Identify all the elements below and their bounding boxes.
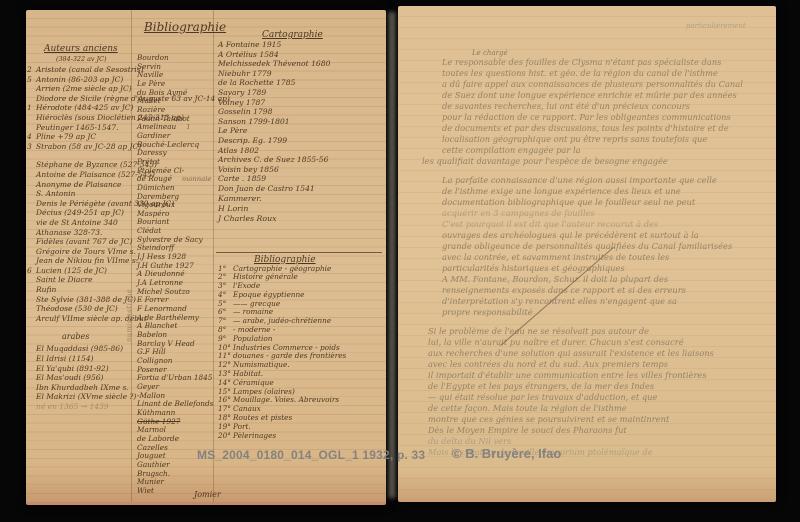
author-entry: Jean de Nikiou fin VIIme s. [30,256,130,266]
manuscript-line: de savantes recherches, lui ont été d'un… [442,101,772,112]
manuscript-line: pour la rédaction de ce rapport. Par les… [442,112,772,123]
manuscript-line: particularités historiques et géographiq… [442,263,772,274]
arab-authors-list: El Muqaddasi (985-86) El Idrisi (1154) E… [30,344,130,411]
line-text: pour la rédaction de ce rapport. Par les… [442,112,731,122]
topic-text: l'Exode [233,281,260,290]
entry-text: A Blanchet [137,321,177,330]
line-text: avec la contrée, et savamment instruites… [442,252,669,262]
section-divider-line [216,252,382,253]
entry-text: Descrip. Eg. 1799 [218,136,287,145]
line-text: du delta du Nil vers [428,436,511,446]
line-text: les qualifiait davantage pour l'espèce d… [422,156,668,166]
topic-text: Industries Commerce - poids [233,343,340,352]
manuscript-line: localisation géographique ont pu être re… [442,134,772,145]
modern-authors-list: Bourdon Servin Naville Le Père du Bois A… [137,54,215,495]
topic-text: Port. [233,422,251,431]
bibliography-topic: 20°Pèlerinages [218,432,384,441]
line-text: de l'Egypte et les pays étrangers, de la… [428,381,654,391]
right-page-scan: particulièrement Le chargé Le responsabl… [398,6,776,502]
line-text: de documents et par des discussions, tou… [442,123,729,133]
author-entry: 6Lucien (125 de JC) [30,266,130,276]
cartography-header: Cartographie [262,30,384,40]
topic-text: Population [233,334,272,343]
carto-entry: J Charles Roux [218,214,384,224]
aristotle-dates-note: (384-322 av JC) [56,55,130,63]
entry-text: Ibn Khurdadbeh IXme s. [36,383,129,392]
manuscript-line: ouvrages des archéologues qui le précédè… [442,230,772,241]
manuscript-line: de documents et par des discussions, tou… [442,123,772,134]
entry-text: -Mallon [137,391,165,400]
entry-text: Niebuhr 1779 [218,69,272,78]
modern-authors-column: Bourdon Servin Naville Le Père du Bois A… [137,54,215,495]
author-entry: Arculf VIIme siècle ap. début [30,314,130,324]
entry-text: Rozière [137,105,165,114]
entry-text: A Ortélius 1584 [218,50,279,59]
topic-text: Routes et pistes [233,413,292,422]
author-entry: Ibn Khurdadbeh IXme s. [30,383,130,393]
author-entry: Décius (249-251 ap JC) [30,208,130,218]
margin-number: 1 [27,103,36,113]
entry-text: né en 1365 → 1439 [36,402,109,411]
manuscript-line: les qualifiait davantage pour l'espèce d… [422,156,772,167]
author-entry: El Idrisi (1154) [30,354,130,364]
entry-text: Maspéro [137,209,169,218]
line-text: d'interprétation s'y rencontrent elles n… [442,296,677,306]
entry-text: Dümichen [137,183,175,192]
manuscript-line: de l'isthme exige une longue expérience … [442,186,772,197]
author-entry: El Ya'qubi (891-92) [30,364,130,374]
line-text: Dès le Moyen Empire le souci des Pharaon… [428,425,627,435]
numismatique-vertical-note: numismatique [125,289,133,342]
author-entry: Ste Sylvie (381-388 de JC) [30,295,130,305]
entry-text: Lucien (125 de JC) [36,266,107,275]
line-text: Le responsable des fouilles de Clysma n'… [442,57,721,67]
line-text: de cette façon. Mais toute la région de … [428,403,627,413]
line-text: de l'isthme exige une longue expérience … [442,186,681,196]
entry-text: A de Barthélemy [137,313,199,322]
entry-text: Archives C. de Suez 1855-56 [218,155,328,164]
entry-text: El Idrisi (1154) [36,354,94,363]
topic-text: Numismatique. [233,360,290,369]
entry-text: Geyer [137,382,159,391]
entry-text: Arrien (2me siècle ap JC) [36,84,132,93]
manuscript-line: de l'Egypte et les pays étrangers, de la… [428,381,772,392]
entry-text: F Lenormand [137,304,187,313]
entry-text: Sanson 1799-1801 [218,117,290,126]
carto-entry: Gosselin 1798 [218,107,384,117]
entry-text: Anonyme de Plaisance [36,180,122,189]
manuscript-line: toutes les questions hist. et géo. de la… [442,68,772,79]
line-text: grande obligeance de personnalités quali… [442,241,732,251]
entry-text: Cazelles [137,443,168,452]
line-text: lui, la ville n'aurait pu naître et dure… [428,337,684,347]
entry-text: Küthmann [137,408,175,417]
entry-text: Babelon [137,330,167,339]
author-entry: Antoine de Plaisance (527-545) [30,170,130,180]
manuscript-text: Le chargé Le responsable des fouilles de… [424,50,772,458]
line-text: cette compilation engagée par la [442,145,581,155]
entry-text: J.A Letronne [137,278,183,287]
line-text: de Suez dont une longue expérience enric… [442,90,737,100]
entry-text: J Charles Roux [218,214,277,223]
topic-text: douanes - garde des frontières [233,351,346,360]
entry-text: Gauthier [137,460,170,469]
author-entry: Fidèles (avant 767 de JC) [30,237,130,247]
author-entry: Diodore de Sicile (règne d'Auguste 63 av… [30,94,130,104]
carto-entry: Savary 1789 [218,88,384,98]
line-text: documentation bibliographique que le fou… [442,197,695,207]
margin-number: 5 [27,75,36,85]
entry-text: Gosselin 1798 [218,107,272,116]
entry-text: H Lorin [218,204,248,213]
cartography-list: A Fontaine 1915 A Ortélius 1584 Melchiss… [218,40,384,194]
author-entry: Athanase 328-73. [30,228,130,238]
entry-text: Fortia d'Urban 1845 [137,373,212,382]
entry-text: E Forrer [137,295,169,304]
manuscript-line: documentation bibliographique que le fou… [442,197,772,208]
ancient-authors-column: Auteurs anciens (384-322 av JC) 2Aristot… [30,44,130,412]
carto-entry: A Ortélius 1584 [218,50,384,60]
entry-text: Clédat [137,226,161,235]
author-entry: né en 1365 → 1439 [30,402,130,412]
carto-entry: Archives C. de Suez 1855-56 [218,155,384,165]
carto-entry: Kammerer. [218,194,384,204]
entry-text: Peutinger 1465-1547. [36,123,119,132]
page-edge-highlight [388,12,396,498]
margin-number: 3 [27,142,36,152]
line-text: Le chargé [472,49,508,57]
line-text: de savantes recherches, lui ont été d'un… [442,101,690,111]
entry-text: Amelineau [137,122,176,131]
author-entry: Denis le Périégète (avant 330 ap JC) [30,199,130,209]
entry-text: Steindorff [137,243,174,252]
entry-text: Bourdon [137,53,169,62]
topic-text: Lampes (olaires) [233,387,295,396]
author-entry: Théodose (530 de JC) [30,304,130,314]
line-text: C'est pourquoi il est dit que l'auteur r… [442,219,658,229]
line-text: toutes les questions hist. et géo. de la… [442,68,718,78]
entry-text: du Bois Aymé [137,88,187,97]
cartography-extra-list: Kammerer. H Lorin J Charles Roux [218,194,384,224]
topic-number: 20° [218,432,233,441]
watermark-reference: MS_2004_0180_014_OGL_1 1932, p. 33 [197,448,425,462]
ancient-authors-header: Auteurs anciens [44,44,130,54]
entry-text: Le Père [218,126,247,135]
margin-annotation: 1 [186,123,190,131]
manuscript-line: Le chargé [472,50,772,57]
manuscript-line: Dès le Moyen Empire le souci des Pharaon… [428,425,772,436]
left-page-scan: Bibliographie Auteurs anciens (384-322 a… [26,10,386,505]
ancient-authors-list: 2Aristote (canal de Sesostris) 5Antonin … [30,65,130,323]
line-text: — qui était résolue par les travaux d'ad… [428,392,657,402]
entry-text: Aristote (canal de Sesostris) [36,65,143,74]
author-entry: Rufin [30,285,130,295]
entry-text: Paulin Talabot [137,114,190,123]
arab-authors-subheader: arabes [62,332,130,341]
author-entry: 5Antonin (86-203 ap JC) [30,75,130,85]
manuscript-line: avec les contrées du nord et du sud. Aux… [428,359,772,370]
manuscript-line: Le responsable des fouilles de Clysma n'… [442,57,772,68]
author-entry: 2Aristote (canal de Sesostris) [30,65,130,75]
manuscript-line: de cette façon. Mais toute la région de … [428,403,772,414]
manuscript-line: C'est pourquoi il est dit que l'auteur r… [442,219,772,230]
entry-text: de Laborde [137,434,179,443]
carto-entry: Le Père [218,126,384,136]
entry-text: Sylvestre de Sacy [137,235,203,244]
line-text: avec les contrées du nord et du sud. Aux… [428,359,668,369]
entry-text: Marmol [137,425,166,434]
author-entry: Hiéroclès (sous Dioclétien 245-313 ap) [30,113,130,123]
manuscript-line: grande obligeance de personnalités quali… [442,241,772,252]
topic-text: Mouillage. Voies. Abreuvoirs [233,395,339,404]
entry-text: Mallet [137,96,161,105]
carto-entry: Don Juan de Castro 1541 [218,184,384,194]
author-entry: El Mas'oudi (956) [30,373,130,383]
entry-text: Daressy [137,148,167,157]
manuscript-line: acquérir en 3 campagnes de fouilles [442,208,772,219]
entry-text: Voisin bey 1856 [218,165,279,174]
manuscript-line: La parfaite connaissance d'une région au… [442,175,772,186]
line-text: Si le problème de l'eau ne se résolvait … [428,326,649,336]
topic-text: - moderne - [233,325,275,334]
manuscript-line: cette compilation engagée par la [442,145,772,156]
entry-text: S. Antonin [36,189,75,198]
watermark-copyright: © B. Bruyère, Ifao [452,446,561,461]
entry-text: Michel Soutzo [137,287,190,296]
author-entry: Anonyme de Plaisance [30,180,130,190]
topic-text: — arabe, judéo-chrétienne [233,316,331,325]
entry-text: Théodose (530 de JC) [36,304,118,313]
margin-number: 2 [27,65,36,75]
entry-text: Ste Sylvie (381-388 de JC) [36,295,136,304]
entry-text: Linant de Bellefonds [137,399,213,408]
margin-annotation: monnaie [182,175,212,183]
line-text: il importait d'établir une communication… [428,370,707,380]
author-entry: Arrien (2me siècle ap JC) [30,84,130,94]
entry-text: Savary 1789 [218,88,266,97]
author-entry: vie de St Antoine 340 [30,218,130,228]
topic-text: —— grecque [233,299,280,308]
manuscript-line: lui, la ville n'aurait pu naître et dure… [428,337,772,348]
line-text: acquérir en 3 campagnes de fouilles [442,208,595,218]
entry-text: Pline +79 ap JC [36,132,96,141]
manuscript-line: de Suez dont une longue expérience enric… [442,90,772,101]
entry-text: de la Rochette 1785 [218,78,295,87]
line-text: localisation géographique ont pu être re… [442,134,707,144]
entry-text: Melchissedek Thévenot 1680 [218,59,330,68]
topic-text: Céramique [233,378,274,387]
entry-text: Rufin [36,285,56,294]
entry-text: Brugsch. [137,469,170,478]
manuscript-line: il importait d'établir une communication… [428,370,772,381]
topic-text: Cartographie - géographie [233,264,331,273]
carto-entry: Volney 1787 [218,98,384,108]
entry-text: Posener [137,365,167,374]
entry-text: Ptolemée Cl- [137,166,184,175]
bibliography-topics-list: 1°Cartographie - géographie 2°Histoire g… [218,265,384,441]
photo-background: Bibliographie Auteurs anciens (384-322 a… [0,0,800,522]
entry-text: G.F Hill [137,347,166,356]
entry-text: Gardiner [137,131,170,140]
line-text: a dû faire appel aux connaissances de pl… [442,79,743,89]
entry-text: Saint le Diacre [36,275,93,284]
carto-entry: Atlas 1802 [218,146,384,156]
entry-text: Güthe 1927 [137,417,180,426]
entry-text: Athanase 328-73. [36,228,102,237]
entry-text: El Makrizi (XVme siècle ?) [36,392,136,401]
entry-text: Jean de Nikiou fin VIIme s. [36,256,138,265]
author-entry: Grégoire de Tours VIme s. [30,247,130,257]
entry-text: Hérodote (484-425 av JC) [36,103,133,112]
entry-text: de Rougé [137,174,172,183]
jomier-note: Jomier [194,490,221,499]
entry-text: El Mas'oudi (956) [36,373,103,382]
entry-text: El Muqaddasi (985-86) [36,344,123,353]
topic-text: Pèlerinages [233,431,276,440]
manuscript-line [442,318,772,326]
entry-text: Grégoire de Tours VIme s. [36,247,136,256]
corner-pencil-note: particulièrement [686,22,746,30]
entry-text: Atlas 1802 [218,146,259,155]
manuscript-line: d'interprétation s'y rencontrent elles n… [442,296,772,307]
entry-text: Bouché-Leclercq [137,140,199,149]
line-text: propre responsabilité [442,307,533,317]
entry-text: Munier [137,477,164,486]
carto-entry: A Fontaine 1915 [218,40,384,50]
margin-number: 4 [27,132,36,142]
entry-text: Antonin (86-203 ap JC) [36,75,123,84]
topic-text: Histoire générale [233,272,298,281]
entry-text: Jouguet [137,451,166,460]
manuscript-line: renseignements exposés dans ce rapport e… [442,285,772,296]
carto-entry: Sanson 1799-1801 [218,117,384,127]
entry-text: Wiet [137,486,154,495]
author-entry: 4Pline +79 ap JC [30,132,130,142]
manuscript-line [442,167,772,175]
entry-text: A Dieudonné [137,269,185,278]
manuscript-line: A MM. Fontane, Bourdon, Schur. il doit l… [442,274,772,285]
carto-entry: Niebuhr 1779 [218,69,384,79]
carto-entry: Carte . 1859 [218,174,384,184]
entry-text: Vigouroux [137,200,175,209]
carto-entry: Descrip. Eg. 1799 [218,136,384,146]
entry-text: Le Père [137,79,165,88]
entry-text: Don Juan de Castro 1541 [218,184,315,193]
line-text: particularités historiques et géographiq… [442,263,625,273]
entry-text: Bouriant [137,217,169,226]
margin-number: 6 [27,266,36,276]
entry-text: vie de St Antoine 340 [36,218,118,227]
entry-text: Collignon [137,356,172,365]
carto-entry: Melchissedek Thévenot 1680 [218,59,384,69]
entry-text: Décius (249-251 ap JC) [36,208,124,217]
line-text: A MM. Fontane, Bourdon, Schur. il doit l… [442,274,668,284]
entry-text: Carte . 1859 [218,174,266,183]
line-text: montre que ces génies se poursuivirent e… [428,414,669,424]
entry-text: Kammerer. [218,194,262,203]
entry-text: El Ya'qubi (891-92) [36,364,109,373]
author-entry: 3Strabon (58 av JC-28 ap JC) [30,142,130,152]
line-text: ouvrages des archéologues qui le précédè… [442,230,699,240]
manuscript-line: — qui était résolue par les travaux d'ad… [428,392,772,403]
manuscript-line: Si le problème de l'eau ne se résolvait … [428,326,772,337]
topic-text: Epoque égyptienne [233,290,304,299]
line-text: aux recherches d'une solution qui assura… [428,348,714,358]
topic-text: Canaux [233,404,261,413]
manuscript-line: a dû faire appel aux connaissances de pl… [442,79,772,90]
author-entry: 1Hérodote (484-425 av JC) [30,103,130,113]
author-entry: Saint le Diacre [30,275,130,285]
entry-text: Fidèles (avant 767 de JC) [36,237,132,246]
carto-entry: H Lorin [218,204,384,214]
entry-text: Prétot [137,157,160,166]
entry-text: Servin [137,62,161,71]
author-entry: S. Antonin [30,189,130,199]
entry-text: J.H Guthe 1927 [137,261,194,270]
entry-text: Naville [137,70,163,79]
entry-text: J.J Hess 1928 [137,252,186,261]
line-text: La parfaite connaissance d'une région au… [442,175,717,185]
entry-text: A Fontaine 1915 [218,40,281,49]
author-entry: Stéphane de Byzance (527-545) [30,160,130,170]
manuscript-line: montre que ces génies se poursuivirent e… [428,414,772,425]
entry-text: Volney 1787 [218,98,265,107]
topic-text: Habitat. [233,369,263,378]
entry-text: Barclay V Head [137,339,195,348]
topic-text: — romaine [233,307,273,316]
author-entry: Peutinger 1465-1547. [30,123,130,133]
cartography-column: Cartographie A Fontaine 1915 A Ortélius … [218,30,384,440]
entry-text: Daremberg [137,192,179,201]
carto-entry: Voisin bey 1856 [218,165,384,175]
manuscript-line: propre responsabilité [442,307,772,318]
entry-text: Strabon (58 av JC-28 ap JC) [36,142,141,151]
author-entry: El Muqaddasi (985-86) [30,344,130,354]
manuscript-line: aux recherches d'une solution qui assura… [428,348,772,359]
author-entry: El Makrizi (XVme siècle ?) [30,392,130,402]
carto-entry: de la Rochette 1785 [218,78,384,88]
